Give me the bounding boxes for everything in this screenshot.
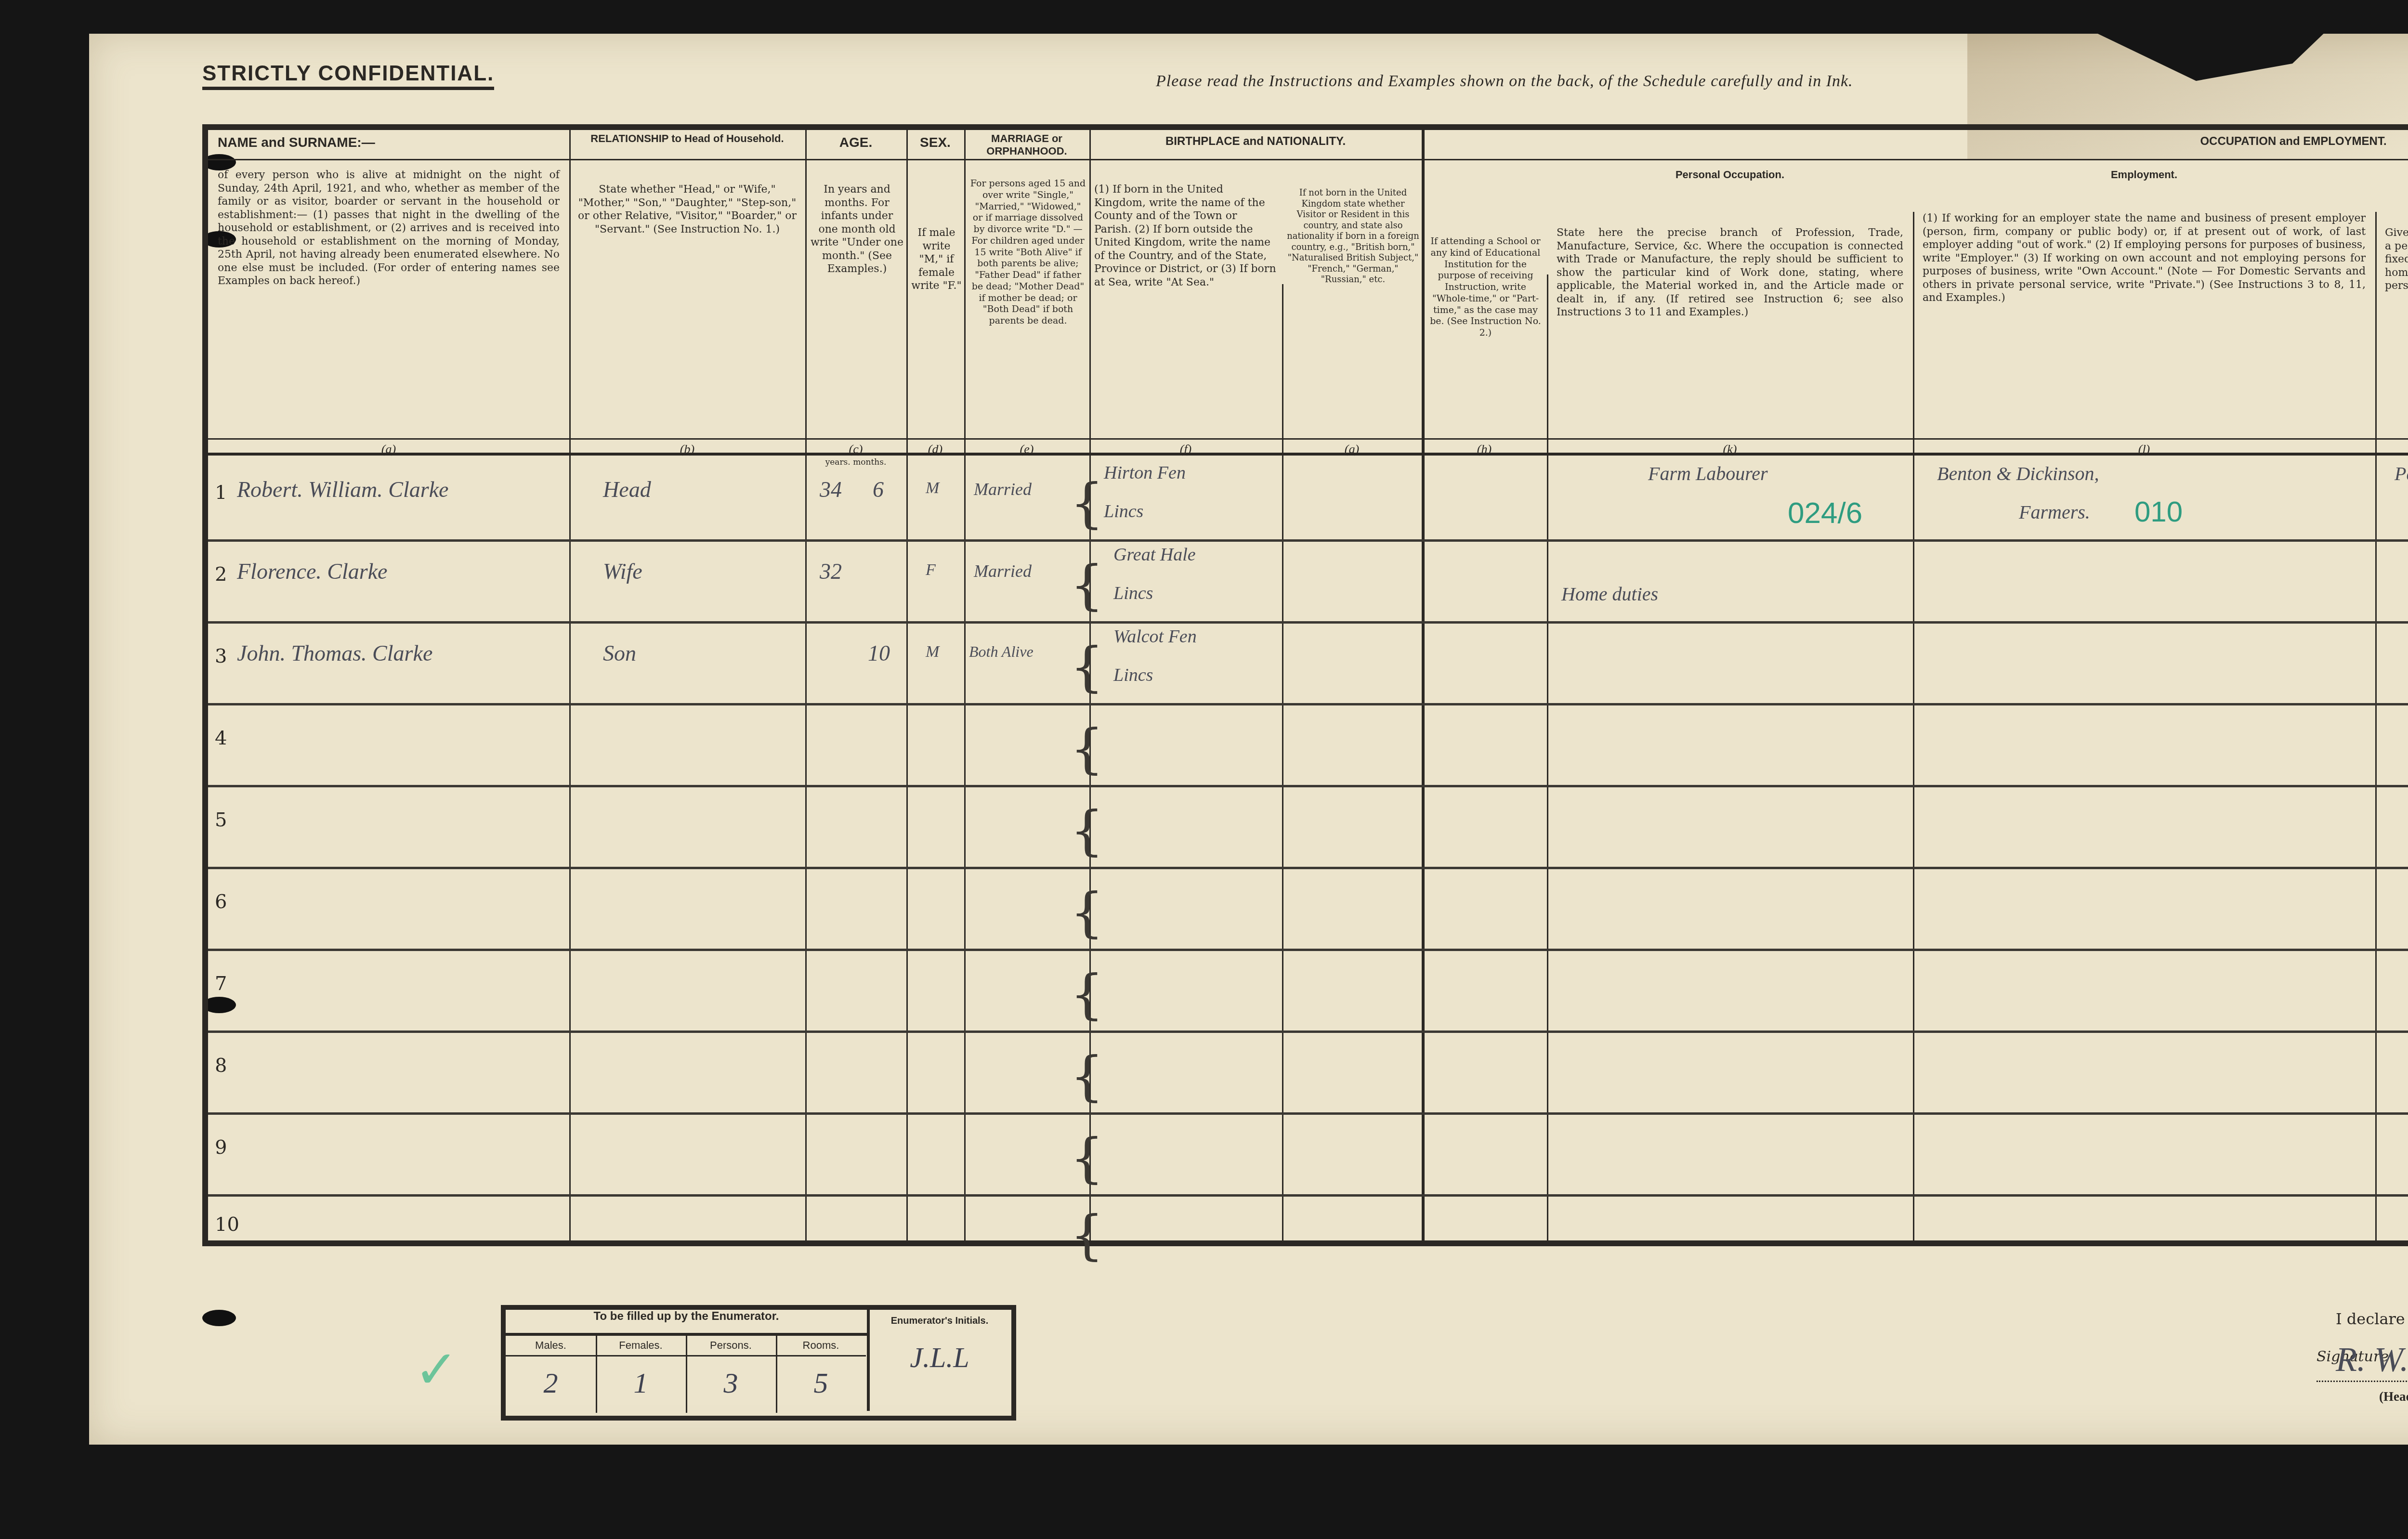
divider bbox=[805, 130, 807, 1240]
col-f-body: (1) If born in the United Kingdom, write… bbox=[1094, 183, 1277, 289]
col-a-title: NAME and SURNAME:— bbox=[208, 135, 574, 150]
birthplace-title: BIRTHPLACE and NATIONALITY. bbox=[1094, 135, 1417, 148]
divider bbox=[1547, 274, 1548, 1240]
punch-hole bbox=[202, 1310, 236, 1326]
col-d-body: If male write "M," if female write "F." bbox=[911, 226, 962, 293]
col-m-letter: (m) bbox=[2375, 442, 2408, 456]
col-f-letter: (f) bbox=[1089, 442, 1282, 456]
col-e-letter: (e) bbox=[964, 442, 1089, 456]
row-divider bbox=[208, 1194, 2408, 1197]
row-number: 8 bbox=[215, 1055, 227, 1077]
occupation-title: OCCUPATION and EMPLOYMENT. bbox=[1913, 135, 2408, 148]
col-g-letter: (g) bbox=[1282, 442, 1422, 456]
occupation: Farm Labourer bbox=[1648, 462, 1768, 485]
birthplace-line: Hirton Fen bbox=[1104, 462, 1186, 483]
col-l-title: Employment. bbox=[1918, 169, 2370, 181]
brace-glyph: { bbox=[1070, 968, 1104, 1021]
col-m-body: Give the address of each person's place … bbox=[2385, 226, 2408, 293]
brace-glyph: { bbox=[1070, 722, 1104, 775]
relationship: Head bbox=[603, 477, 651, 502]
person-name: Florence. Clarke bbox=[237, 559, 388, 584]
birthplace-line: Lincs bbox=[1113, 665, 1153, 686]
relationship: Wife bbox=[603, 559, 642, 584]
signature-field: R. W. Clarke. bbox=[2316, 1381, 2408, 1382]
divider bbox=[906, 130, 908, 1240]
occupation: Home duties bbox=[1561, 583, 1658, 605]
divider bbox=[569, 130, 571, 1240]
age-years: 34 bbox=[820, 477, 842, 502]
row-divider bbox=[208, 949, 2408, 951]
age-years: 32 bbox=[820, 559, 842, 584]
instructions-note: Please read the Instructions and Example… bbox=[1156, 72, 1853, 91]
birthplace-line: Walcot Fen bbox=[1113, 626, 1197, 647]
employer-line: Farmers. bbox=[2019, 501, 2090, 523]
confidential-heading: STRICTLY CONFIDENTIAL. bbox=[202, 62, 494, 90]
brace-glyph: { bbox=[1070, 559, 1104, 612]
row-number: 9 bbox=[215, 1136, 227, 1159]
males-cell: Males.2 bbox=[506, 1336, 597, 1413]
occupation-code: 024/6 bbox=[1788, 496, 1862, 530]
row-number: 7 bbox=[215, 973, 227, 995]
col-d-letter: (d) bbox=[906, 442, 964, 456]
employer-line: Benton & Dickinson, bbox=[1937, 462, 2099, 485]
persons-cell: Persons.3 bbox=[686, 1336, 777, 1413]
rooms-value: 5 bbox=[776, 1356, 866, 1409]
females-cell: Females.1 bbox=[596, 1336, 687, 1413]
brace-glyph: { bbox=[1070, 1209, 1104, 1262]
col-l-body: (1) If working for an employer state the… bbox=[1923, 212, 2366, 305]
col-b-title: RELATIONSHIP to Head of Household. bbox=[572, 132, 803, 145]
divider bbox=[1422, 130, 1425, 1240]
marriage-status: Both Alive bbox=[969, 643, 1034, 661]
col-a-body: of every person who is alive at midnight… bbox=[218, 169, 560, 288]
sex: M bbox=[926, 479, 939, 497]
col-g-body: If not born in the United Kingdom state … bbox=[1287, 188, 1419, 286]
marriage-status: Married bbox=[974, 479, 1032, 499]
persons-value: 3 bbox=[686, 1356, 776, 1409]
person-name: John. Thomas. Clarke bbox=[237, 640, 432, 666]
males-label: Males. bbox=[506, 1336, 596, 1356]
brace-glyph: { bbox=[1070, 477, 1104, 530]
row-divider bbox=[208, 785, 2408, 787]
age-months: 10 bbox=[868, 640, 890, 666]
row-divider bbox=[208, 621, 2408, 624]
household-table: NAME and SURNAME:— of every person who i… bbox=[202, 124, 2408, 1246]
rooms-label: Rooms. bbox=[776, 1336, 866, 1356]
col-k-letter: (k) bbox=[1547, 442, 1913, 456]
paper-tear bbox=[2088, 29, 2329, 87]
row-number: 10 bbox=[215, 1213, 239, 1236]
age-subheader: years. months. bbox=[808, 457, 904, 468]
employer-code: 010 bbox=[2134, 495, 2183, 528]
divider bbox=[2375, 212, 2377, 1240]
birthplace-line: Lincs bbox=[1104, 501, 1143, 522]
males-value: 2 bbox=[506, 1356, 596, 1409]
divider bbox=[1282, 284, 1283, 1240]
col-c-body: In years and months. For infants under o… bbox=[810, 183, 904, 276]
row-divider bbox=[208, 539, 2408, 542]
row-divider bbox=[208, 1112, 2408, 1115]
col-e-title: MARRIAGE or ORPHANHOOD. bbox=[967, 132, 1087, 157]
enumerator-summary-box: To be filled up by the Enumerator. Males… bbox=[501, 1305, 1016, 1421]
females-label: Females. bbox=[596, 1336, 686, 1356]
birthplace-line: Lincs bbox=[1113, 583, 1153, 604]
col-a-letter: (a) bbox=[208, 442, 569, 456]
divider bbox=[1913, 212, 1914, 1240]
birthplace-line: Great Hale bbox=[1113, 544, 1196, 565]
signature-note: (Head of Household, Manager of Establish… bbox=[2379, 1389, 2408, 1404]
initials-label: Enumerator's Initials. bbox=[870, 1310, 1009, 1327]
brace-glyph: { bbox=[1070, 804, 1104, 857]
declaration-text: I declare that this Schedule is correctl… bbox=[2336, 1310, 2408, 1328]
age-months: 6 bbox=[873, 477, 884, 502]
col-b-letter: (b) bbox=[569, 442, 805, 456]
col-h-body: If attending a School or any kind of Edu… bbox=[1426, 236, 1544, 339]
col-m-title: Place of Work. bbox=[2380, 169, 2408, 181]
col-c-letter: (c) bbox=[805, 442, 906, 456]
enumerator-initials: Enumerator's Initials. J.L.L bbox=[867, 1310, 1009, 1411]
brace-glyph: { bbox=[1070, 886, 1104, 939]
brace-glyph: { bbox=[1070, 1132, 1104, 1185]
summary-title: To be filled up by the Enumerator. bbox=[506, 1310, 867, 1336]
col-l-letter: (l) bbox=[1913, 442, 2375, 456]
row-number: 4 bbox=[215, 727, 227, 749]
divider bbox=[964, 130, 966, 1240]
rooms-cell: Rooms.5 bbox=[776, 1336, 866, 1413]
header-rule bbox=[208, 159, 2408, 160]
signature-value: R. W. Clarke. bbox=[2336, 1340, 2408, 1380]
row-number: 2 bbox=[215, 563, 227, 586]
row-divider bbox=[208, 703, 2408, 705]
col-k-body: State here the precise branch of Profess… bbox=[1557, 226, 1903, 319]
col-b-body: State whether "Head," or "Wife," "Mother… bbox=[574, 183, 800, 236]
row-divider bbox=[208, 1030, 2408, 1033]
col-c-title: AGE. bbox=[808, 135, 904, 150]
header-rule bbox=[208, 438, 2408, 440]
signature-line: Signature R. W. Clarke. bbox=[2316, 1348, 2408, 1382]
brace-glyph: { bbox=[1070, 640, 1104, 693]
females-value: 1 bbox=[596, 1356, 686, 1409]
sex: M bbox=[926, 643, 939, 661]
brace-glyph: { bbox=[1070, 1050, 1104, 1103]
col-d-title: SEX. bbox=[909, 135, 962, 150]
sex: F bbox=[926, 561, 936, 579]
col-h-letter: (h) bbox=[1422, 442, 1547, 456]
row-number: 6 bbox=[215, 891, 227, 913]
row-number: 3 bbox=[215, 645, 227, 667]
row-number: 5 bbox=[215, 809, 227, 831]
col-k-title: Personal Occupation. bbox=[1552, 169, 1908, 181]
row-number: 1 bbox=[215, 482, 227, 504]
relationship: Son bbox=[603, 640, 636, 666]
marriage-status: Married bbox=[974, 561, 1032, 581]
workplace-line: Park Farm bbox=[2395, 462, 2408, 485]
col-e-body: For persons aged 15 and over write "Sing… bbox=[969, 178, 1087, 327]
row-divider bbox=[208, 867, 2408, 869]
persons-label: Persons. bbox=[686, 1336, 776, 1356]
initials-value: J.L.L bbox=[870, 1327, 1009, 1374]
check-mark-icon: ✓ bbox=[414, 1339, 458, 1400]
person-name: Robert. William. Clarke bbox=[237, 477, 449, 502]
